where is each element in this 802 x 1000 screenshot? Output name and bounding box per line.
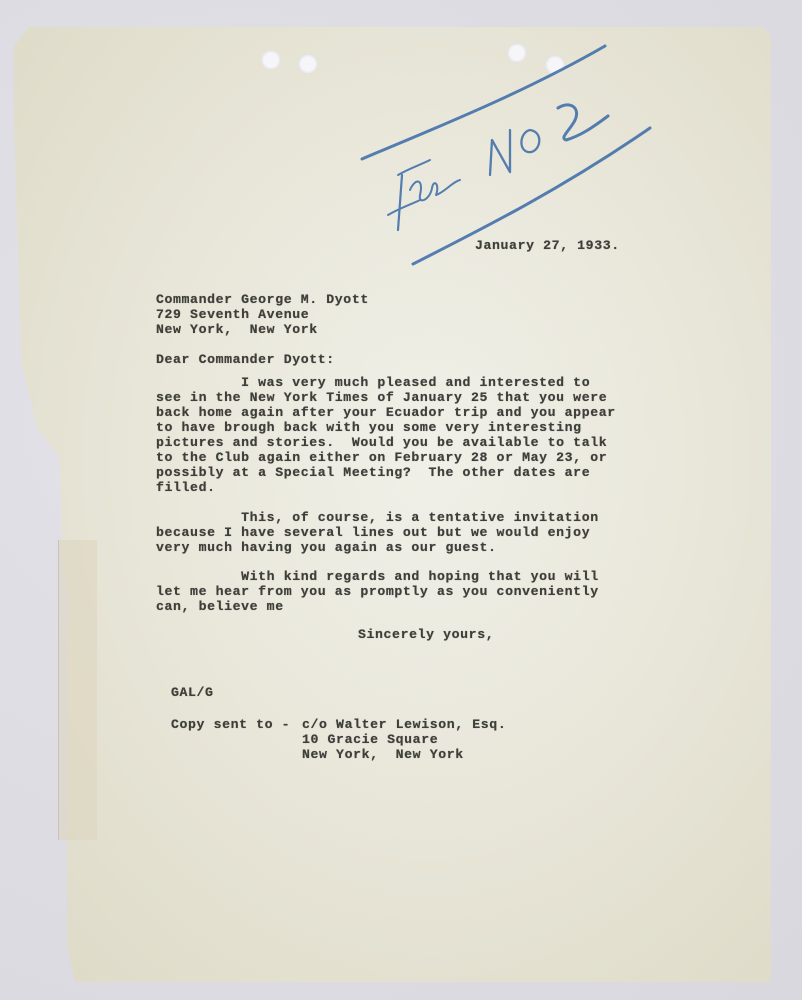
paragraph-line: possibly at a Special Meeting? The other… xyxy=(156,465,590,480)
salutation: Dear Commander Dyott: xyxy=(156,352,335,367)
paragraph-line: back home again after your Ecuador trip … xyxy=(156,405,616,420)
paragraph-line: to the Club again either on February 28 … xyxy=(156,450,607,465)
paragraph-line: pictures and stories. Would you be avail… xyxy=(156,435,607,450)
copy-line: c/o Walter Lewison, Esq. xyxy=(302,717,506,732)
punch-hole xyxy=(261,50,281,70)
recipient-street: 729 Seventh Avenue xyxy=(156,307,309,322)
recipient-name: Commander George M. Dyott xyxy=(156,292,369,307)
letter-paper xyxy=(14,27,771,982)
paragraph-line: This, of course, is a tentative invitati… xyxy=(156,510,599,525)
paragraph-line: see in the New York Times of January 25 … xyxy=(156,390,607,405)
letter-date: January 27, 1933. xyxy=(475,238,620,253)
tape-repair xyxy=(58,540,97,840)
paragraph-line: With kind regards and hoping that you wi… xyxy=(156,569,599,584)
paragraph-line: to have brough back with you some very i… xyxy=(156,420,582,435)
paragraph-line: very much having you again as our guest. xyxy=(156,540,497,555)
paragraph-line: I was very much pleased and interested t… xyxy=(156,375,590,390)
paragraph-line: filled. xyxy=(156,480,216,495)
punch-hole xyxy=(545,55,565,75)
closing: Sincerely yours, xyxy=(358,627,494,642)
paragraph-line: let me hear from you as promptly as you … xyxy=(156,584,599,599)
paragraph-line: can, believe me xyxy=(156,599,284,614)
copy-line: 10 Gracie Square xyxy=(302,732,438,747)
typist-initials: GAL/G xyxy=(171,685,214,700)
recipient-city: New York, New York xyxy=(156,322,318,337)
punch-hole xyxy=(507,43,527,63)
copy-label: Copy sent to - xyxy=(171,717,299,732)
copy-line: New York, New York xyxy=(302,747,464,762)
punch-hole xyxy=(298,54,318,74)
paragraph-line: because I have several lines out but we … xyxy=(156,525,590,540)
